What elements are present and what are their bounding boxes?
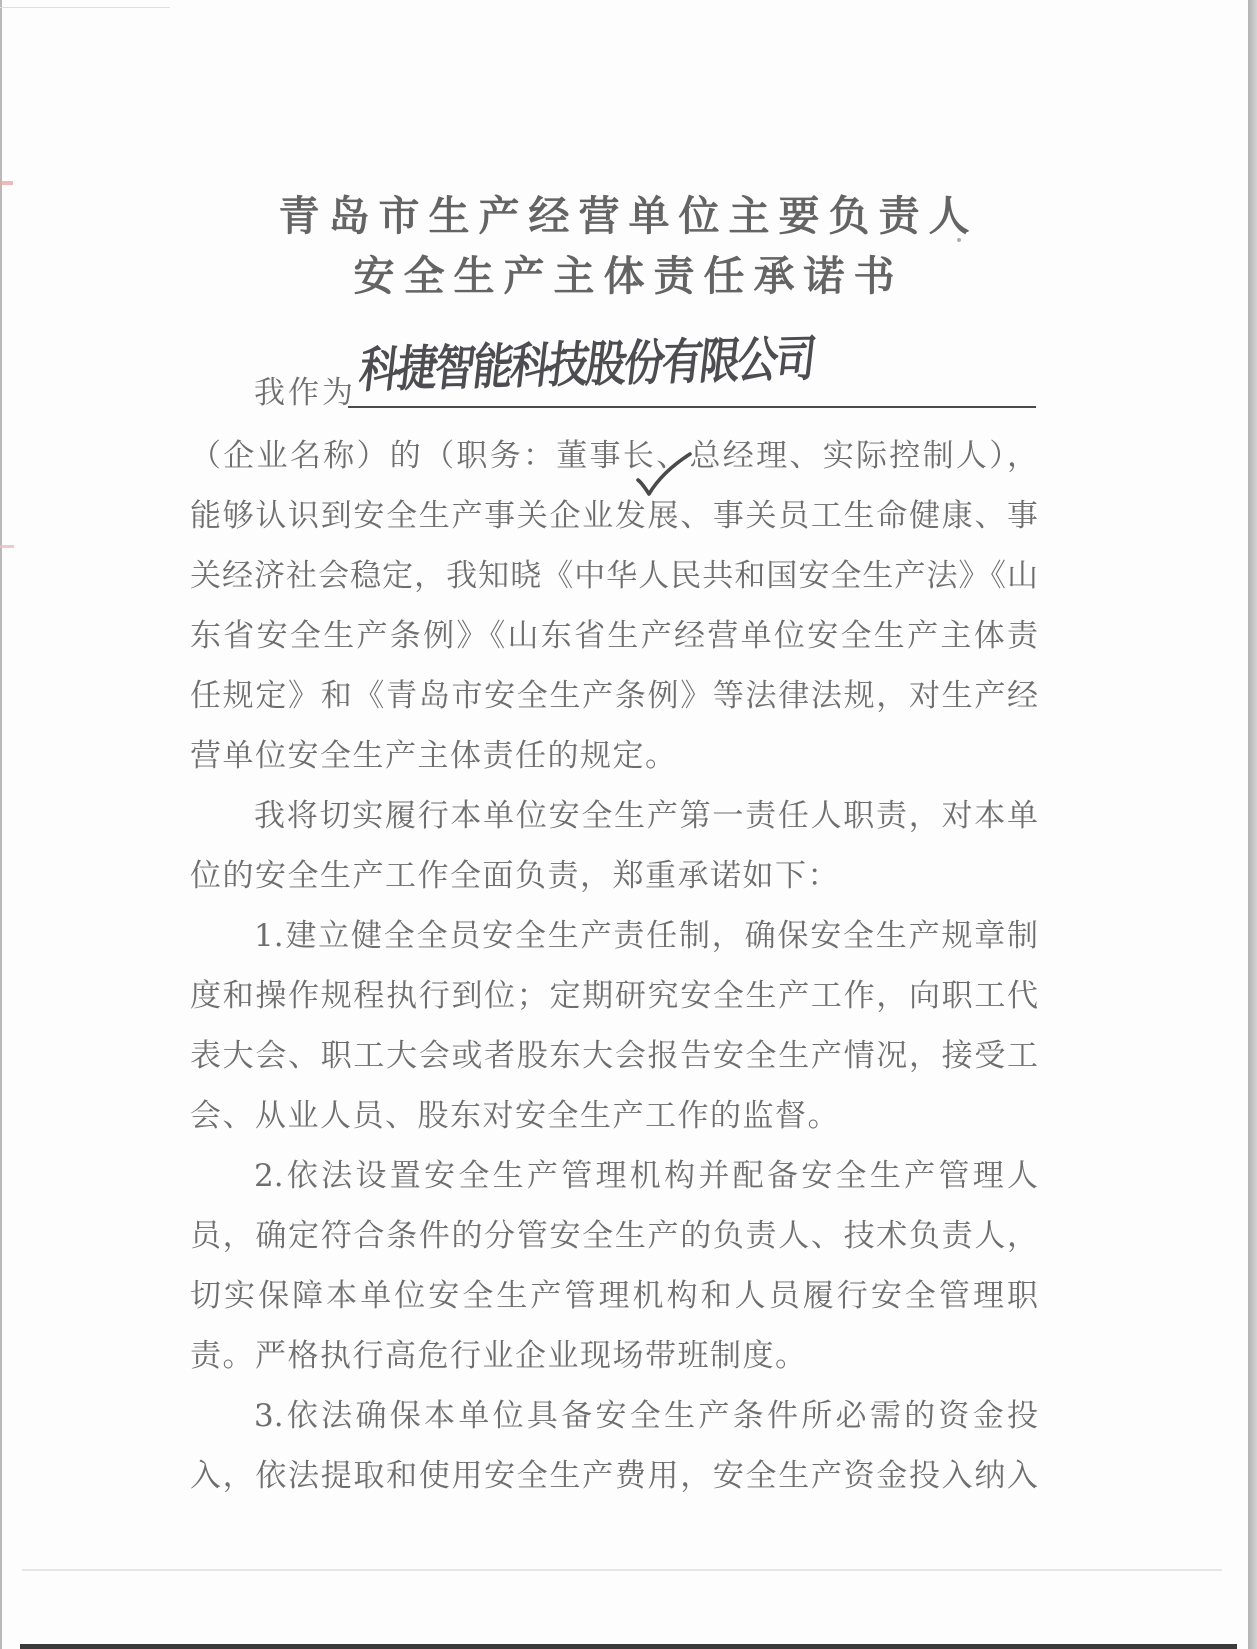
body-line: 3.依法确保本单位具备安全生产条件所必需的资金投	[190, 1386, 1038, 1446]
scan-streak	[22, 1569, 1222, 1571]
body-line: 入，依法提取和使用安全生产费用，安全生产资金投入纳入	[190, 1446, 1038, 1506]
body-line: 表大会、职工大会或者股东大会报告安全生产情况，接受工	[190, 1026, 1038, 1086]
body-line: 切实保障本单位安全生产管理机构和人员履行安全管理职	[190, 1266, 1038, 1326]
body-lines: （企业名称）的（职务：董事长、总经理、实际控制人），能够认识到安全生产事关企业发…	[190, 426, 1038, 1506]
body-line: （企业名称）的（职务：董事长、总经理、实际控制人），	[190, 426, 1038, 486]
body-line: 度和操作规程执行到位；定期研究安全生产工作，向职工代	[190, 966, 1038, 1026]
title-line-2: 安全生产主体责任承诺书	[0, 246, 1257, 306]
opening-line: 我作为 科捷智能科技股份有限公司	[190, 348, 1038, 422]
body-line: 2.依法设置安全生产管理机构并配备安全生产管理人	[190, 1146, 1038, 1206]
body-line: 会、从业人员、股东对安全生产工作的监督。	[190, 1086, 1038, 1146]
body-line: 1.建立健全全员安全生产责任制，确保安全生产规章制	[190, 906, 1038, 966]
handwritten-company-name: 科捷智能科技股份有限公司	[356, 320, 818, 402]
body-line: 关经济社会稳定，我知晓《中华人民共和国安全生产法》《山	[190, 546, 1038, 606]
body-line: 东省安全生产条例》《山东省生产经营单位安全生产主体责	[190, 606, 1038, 666]
document-title: 青岛市生产经营单位主要负责人 安全生产主体责任承诺书	[0, 186, 1257, 306]
scan-edge-top	[0, 7, 170, 8]
body-line: 任规定》和《青岛市安全生产条例》等法律法规，对生产经	[190, 666, 1038, 726]
body-line: 责。严格执行高危行业企业现场带班制度。	[190, 1326, 1038, 1386]
scan-edge-bottom	[20, 1644, 1237, 1649]
body-line: 我将切实履行本单位安全生产第一责任人职责，对本单	[190, 786, 1038, 846]
body-line: 营单位安全生产主体责任的规定。	[190, 726, 1038, 786]
body-line: 位的安全生产工作全面负责，郑重承诺如下：	[190, 846, 1038, 906]
scan-artifact-pink-1	[0, 181, 13, 185]
company-name-blank-underline	[348, 406, 1036, 408]
scanned-document-page: 青岛市生产经营单位主要负责人 安全生产主体责任承诺书 我作为 科捷智能科技股份有…	[0, 0, 1257, 1649]
title-line-1: 青岛市生产经营单位主要负责人	[0, 186, 1257, 246]
opening-prefix: 我作为	[254, 367, 356, 412]
scan-artifact-pink-2	[0, 545, 14, 548]
body-line: 员，确定符合条件的分管安全生产的负责人、技术负责人，	[190, 1206, 1038, 1266]
body-line: 能够认识到安全生产事关企业发展、事关员工生命健康、事	[190, 486, 1038, 546]
